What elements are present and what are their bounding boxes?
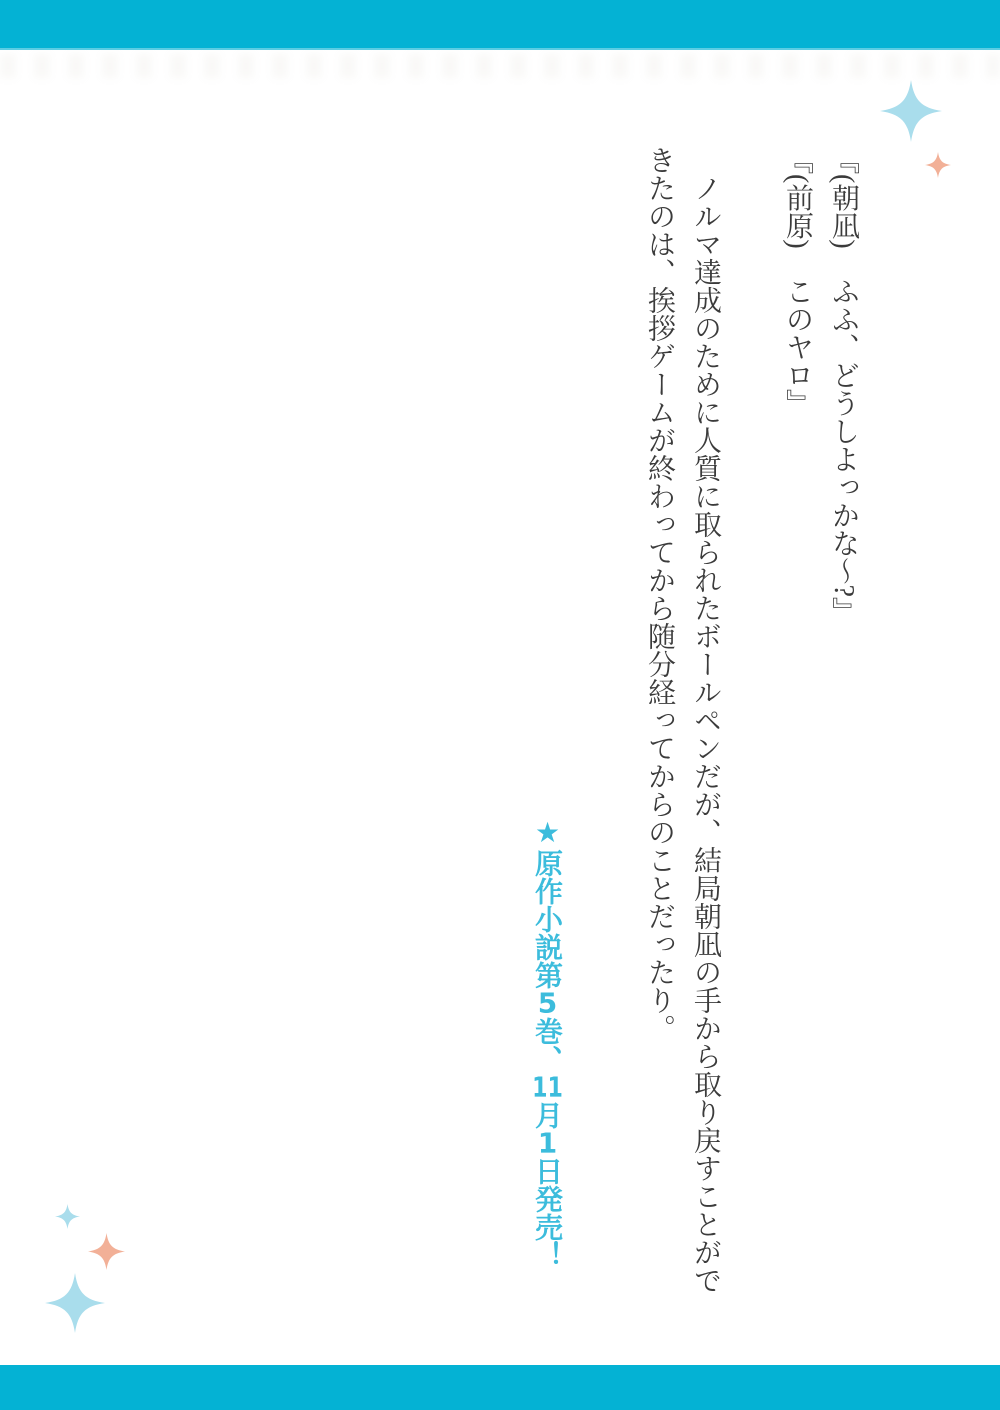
sparkle-icon — [88, 1233, 125, 1270]
dialogue-line-maehara: 『(前原) このヤロ』 — [774, 146, 820, 1316]
top-accent-bar — [0, 0, 1000, 50]
promo-segment: 日発売！ — [531, 1157, 564, 1269]
body-text: 『(朝凪) ふふ、どうしよっかな～?』 『(前原) このヤロ』 ノルマ達成のため… — [636, 146, 866, 1316]
sparkle-icon — [45, 1273, 105, 1333]
promo-segment: 5 — [531, 989, 564, 1017]
promo-announcement: ★原作小説第5巻、11月1日発売！ — [528, 816, 566, 1296]
bottom-accent-bar — [0, 1365, 1000, 1410]
promo-segment: 1 — [531, 1129, 564, 1157]
promo-segment: 11 — [531, 1073, 564, 1101]
sparkle-icon — [880, 80, 942, 142]
faint-border-pattern — [0, 54, 1000, 78]
promo-segment: 巻、 — [531, 1017, 564, 1073]
promo-segment: 月 — [531, 1101, 564, 1129]
sparkle-icon — [925, 152, 951, 178]
dialogue-line-asanagi: 『(朝凪) ふふ、どうしよっかな～?』 — [820, 146, 866, 1316]
narration-paragraph: ノルマ達成のために人質に取られたボールペンだが、結局朝凪の手から取り戻すことがで… — [636, 146, 728, 1316]
promo-segment: ★原作小説第 — [531, 816, 564, 989]
sparkle-icon — [55, 1204, 80, 1229]
